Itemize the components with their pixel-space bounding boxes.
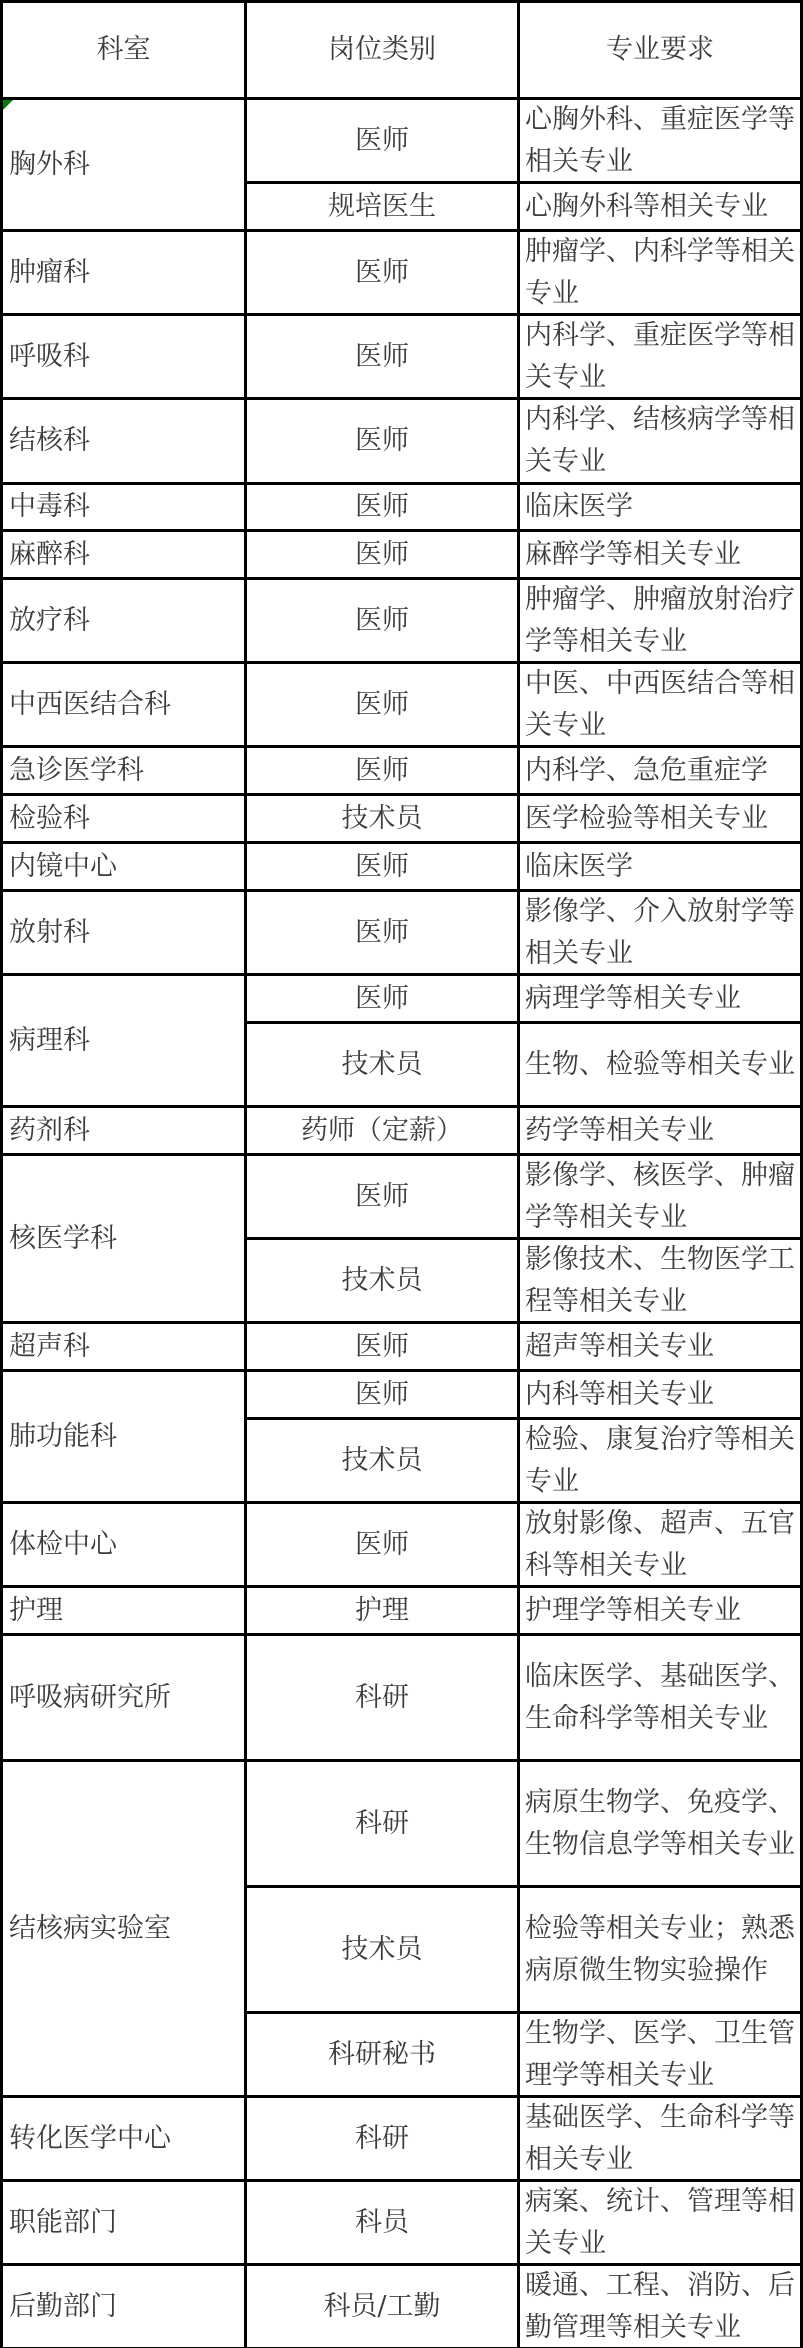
major-requirement-cell: 临床医学 bbox=[520, 844, 800, 889]
department-cell: 药剂科 bbox=[3, 1108, 244, 1153]
department-cell: 肿瘤科 bbox=[3, 232, 244, 313]
position-type-cell: 医师 bbox=[247, 844, 517, 889]
major-requirement-cell: 内科学、急危重症学 bbox=[520, 748, 800, 793]
department-cell: 中毒科 bbox=[3, 485, 244, 529]
position-type-cell: 科员/工勤 bbox=[247, 2266, 517, 2347]
department-cell: 护理 bbox=[3, 1588, 244, 1633]
position-type-cell: 技术员 bbox=[247, 1420, 517, 1501]
department-cell: 内镜中心 bbox=[3, 844, 244, 889]
position-type-cell: 医师 bbox=[247, 748, 517, 793]
major-requirement-cell: 检验、康复治疗等相关专业 bbox=[520, 1420, 800, 1501]
position-type-cell: 医师 bbox=[247, 100, 517, 181]
department-cell: 呼吸科 bbox=[3, 316, 244, 397]
major-requirement-cell: 检验等相关专业；熟悉病原微生物实验操作 bbox=[520, 1888, 800, 2011]
department-cell: 体检中心 bbox=[3, 1504, 244, 1585]
department-cell: 超声科 bbox=[3, 1324, 244, 1369]
position-type-cell: 医师 bbox=[247, 1372, 517, 1417]
department-cell: 核医学科 bbox=[3, 1156, 244, 1321]
major-requirement-cell: 暖通、工程、消防、后勤管理等相关专业 bbox=[520, 2266, 800, 2347]
header-major-requirement: 专业要求 bbox=[520, 3, 800, 97]
department-cell: 检验科 bbox=[3, 796, 244, 841]
department-cell: 麻醉科 bbox=[3, 532, 244, 577]
column-divider bbox=[0, 0, 3, 2348]
department-cell: 急诊医学科 bbox=[3, 748, 244, 793]
major-requirement-cell: 临床医学、基础医学、生命科学等相关专业 bbox=[520, 1636, 800, 1759]
position-type-cell: 技术员 bbox=[247, 1888, 517, 2011]
major-requirement-cell: 病案、统计、管理等相关专业 bbox=[520, 2182, 800, 2263]
row-divider bbox=[0, 0, 803, 3]
major-requirement-cell: 生物学、医学、卫生管理学等相关专业 bbox=[520, 2014, 800, 2095]
major-requirement-cell: 影像学、核医学、肿瘤学等相关专业 bbox=[520, 1156, 800, 1237]
department-cell: 转化医学中心 bbox=[3, 2098, 244, 2179]
major-requirement-cell: 心胸外科、重症医学等相关专业 bbox=[520, 100, 800, 181]
major-requirement-cell: 护理学等相关专业 bbox=[520, 1588, 800, 1633]
major-requirement-cell: 超声等相关专业 bbox=[520, 1324, 800, 1369]
department-cell: 结核病实验室 bbox=[3, 1762, 244, 2095]
major-requirement-cell: 临床医学 bbox=[520, 485, 800, 529]
header-department: 科室 bbox=[3, 3, 244, 97]
position-type-cell: 医师 bbox=[247, 976, 517, 1021]
column-divider bbox=[244, 0, 247, 2348]
position-type-cell: 医师 bbox=[247, 400, 517, 482]
major-requirement-cell: 内科学、结核病学等相关专业 bbox=[520, 400, 800, 482]
position-type-cell: 科研秘书 bbox=[247, 2014, 517, 2095]
position-type-cell: 规培医生 bbox=[247, 184, 517, 229]
position-type-cell: 医师 bbox=[247, 1504, 517, 1585]
major-requirement-cell: 影像技术、生物医学工程等相关专业 bbox=[520, 1240, 800, 1321]
position-type-cell: 药师（定薪） bbox=[247, 1108, 517, 1153]
position-type-cell: 技术员 bbox=[247, 1240, 517, 1321]
position-type-cell: 科研 bbox=[247, 1762, 517, 1885]
position-type-cell: 技术员 bbox=[247, 1024, 517, 1105]
major-requirement-cell: 肿瘤学、内科学等相关专业 bbox=[520, 232, 800, 313]
department-cell: 放射科 bbox=[3, 892, 244, 973]
position-type-cell: 医师 bbox=[247, 664, 517, 745]
position-type-cell: 医师 bbox=[247, 316, 517, 397]
major-requirement-cell: 中医、中西医结合等相关专业 bbox=[520, 664, 800, 745]
column-divider bbox=[517, 0, 520, 2348]
department-cell: 病理科 bbox=[3, 976, 244, 1105]
department-cell: 中西医结合科 bbox=[3, 664, 244, 745]
position-type-cell: 科研 bbox=[247, 1636, 517, 1759]
major-requirement-cell: 药学等相关专业 bbox=[520, 1108, 800, 1153]
department-cell: 结核科 bbox=[3, 400, 244, 482]
department-cell: 后勤部门 bbox=[3, 2266, 244, 2347]
position-type-cell: 科员 bbox=[247, 2182, 517, 2263]
position-type-cell: 医师 bbox=[247, 532, 517, 577]
position-type-cell: 医师 bbox=[247, 1324, 517, 1369]
department-cell: 职能部门 bbox=[3, 2182, 244, 2263]
major-requirement-cell: 病原生物学、免疫学、生物信息学等相关专业 bbox=[520, 1762, 800, 1885]
major-requirement-cell: 基础医学、生命科学等相关专业 bbox=[520, 2098, 800, 2179]
major-requirement-cell: 内科等相关专业 bbox=[520, 1372, 800, 1417]
position-type-cell: 医师 bbox=[247, 485, 517, 529]
major-requirement-cell: 生物、检验等相关专业 bbox=[520, 1024, 800, 1105]
position-type-cell: 医师 bbox=[247, 892, 517, 973]
major-requirement-cell: 肿瘤学、肿瘤放射治疗学等相关专业 bbox=[520, 580, 800, 661]
position-type-cell: 科研 bbox=[247, 2098, 517, 2179]
position-type-cell: 技术员 bbox=[247, 796, 517, 841]
department-cell: 肺功能科 bbox=[3, 1372, 244, 1501]
department-cell: 放疗科 bbox=[3, 580, 244, 661]
department-cell: 胸外科 bbox=[3, 100, 244, 229]
major-requirement-cell: 病理学等相关专业 bbox=[520, 976, 800, 1021]
cell-comment-marker-icon bbox=[3, 100, 13, 110]
major-requirement-cell: 放射影像、超声、五官科等相关专业 bbox=[520, 1504, 800, 1585]
position-type-cell: 医师 bbox=[247, 580, 517, 661]
major-requirement-cell: 内科学、重症医学等相关专业 bbox=[520, 316, 800, 397]
major-requirement-cell: 心胸外科等相关专业 bbox=[520, 184, 800, 229]
position-type-cell: 医师 bbox=[247, 1156, 517, 1237]
major-requirement-cell: 影像学、介入放射学等相关专业 bbox=[520, 892, 800, 973]
recruitment-table: 科室岗位类别专业要求胸外科医师心胸外科、重症医学等相关专业规培医生心胸外科等相关… bbox=[0, 0, 803, 2348]
position-type-cell: 护理 bbox=[247, 1588, 517, 1633]
position-type-cell: 医师 bbox=[247, 232, 517, 313]
department-cell: 呼吸病研究所 bbox=[3, 1636, 244, 1759]
major-requirement-cell: 麻醉学等相关专业 bbox=[520, 532, 800, 577]
header-position-type: 岗位类别 bbox=[247, 3, 517, 97]
major-requirement-cell: 医学检验等相关专业 bbox=[520, 796, 800, 841]
